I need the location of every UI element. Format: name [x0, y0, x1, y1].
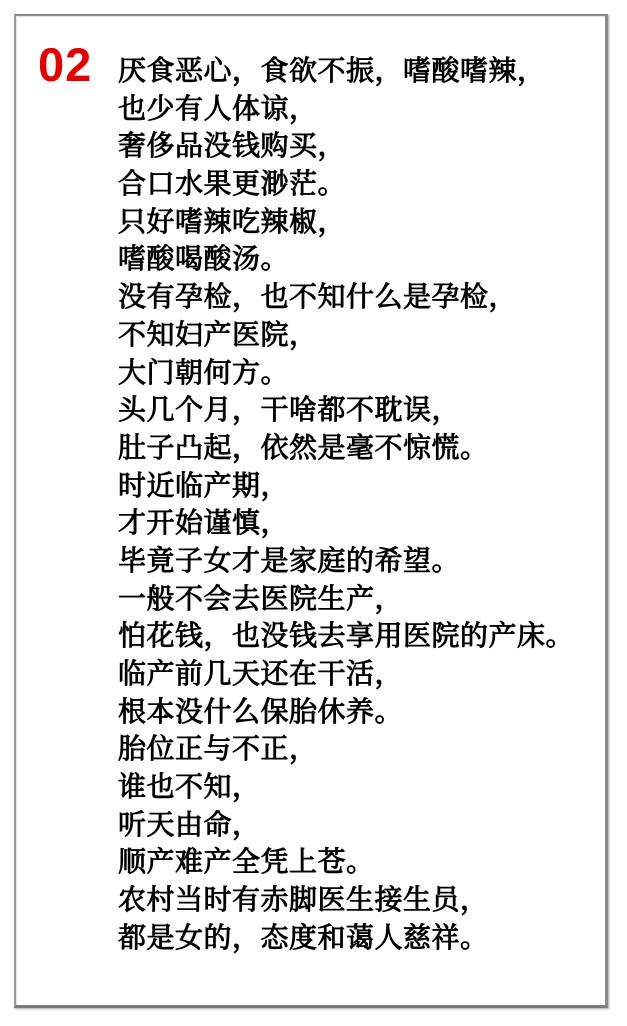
poem-line: 胎位正与不正， — [118, 730, 574, 768]
poem-line: 嗜酸喝酸汤。 — [118, 240, 574, 278]
poem-line: 怕花钱，也没钱去享用医院的产床。 — [118, 617, 574, 655]
poem-line: 合口水果更渺茫。 — [118, 165, 574, 203]
poem-text: 厌食恶心，食欲不振，嗜酸嗜辣， 也少有人体谅， 奢侈品没钱购买， 合口水果更渺茫… — [118, 52, 574, 957]
poem-line: 谁也不知， — [118, 768, 574, 806]
poem-line: 厌食恶心，食欲不振，嗜酸嗜辣， — [118, 52, 574, 90]
poem-line: 临产前几天还在干活， — [118, 655, 574, 693]
poem-line: 没有孕检，也不知什么是孕检， — [118, 278, 574, 316]
section-number: 02 — [38, 40, 92, 90]
poem-line: 只好嗜辣吃辣椒， — [118, 203, 574, 241]
poem-line: 肚子凸起，依然是毫不惊慌。 — [118, 429, 574, 467]
poem-line: 一般不会去医院生产， — [118, 580, 574, 618]
poem-line: 奢侈品没钱购买， — [118, 127, 574, 165]
poem-line: 顺产难产全凭上苍。 — [118, 843, 574, 881]
poem-line: 头几个月，干啥都不耽误， — [118, 391, 574, 429]
poem-line: 不知妇产医院， — [118, 316, 574, 354]
poem-line: 毕竟子女才是家庭的希望。 — [118, 542, 574, 580]
poem-line: 时近临产期， — [118, 467, 574, 505]
poem-line: 听天由命， — [118, 806, 574, 844]
poem-line: 才开始谨慎， — [118, 504, 574, 542]
poem-line: 都是女的，态度和蔼人慈祥。 — [118, 919, 574, 957]
poem-line: 根本没什么保胎休养。 — [118, 693, 574, 731]
poem-line: 农村当时有赤脚医生接生员， — [118, 881, 574, 919]
poem-line: 大门朝何方。 — [118, 354, 574, 392]
poem-line: 也少有人体谅， — [118, 90, 574, 128]
